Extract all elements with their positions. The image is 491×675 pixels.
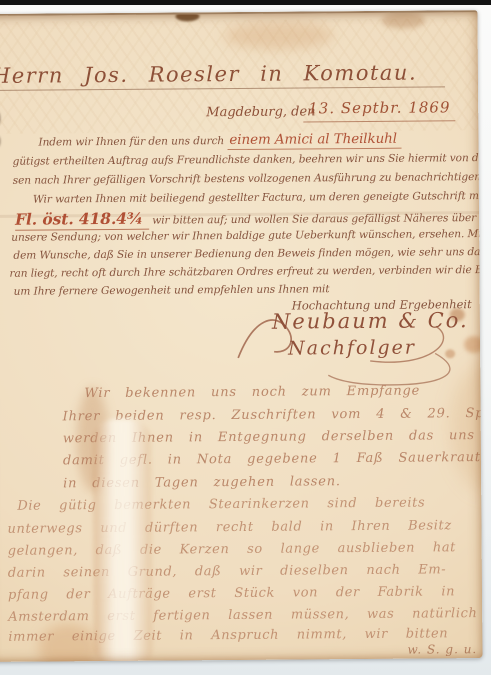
inserted-text: einem Amici al Theilkuhl <box>227 131 401 150</box>
postscript-line: gelangen, daß die Kerzen so lange ausbli… <box>8 540 456 559</box>
signature-name: Neubaum & Co. <box>272 308 469 334</box>
scanner-edge-bar <box>0 0 491 5</box>
line-text: wir bitten auf; und wollen Sie daraus ge… <box>152 212 476 227</box>
amount-inserted: Fl. öst. 418.4¾ <box>15 209 149 231</box>
dateline-place: Magdeburg, den <box>206 104 315 120</box>
signature-suffix: Nachfolger <box>288 337 416 360</box>
postscript-line: darin seinen Grund, daß wir dieselben na… <box>8 562 447 580</box>
postscript-line: Ihrer beiden resp. Zuschriften vom 4 & 2… <box>63 406 483 425</box>
letter-line: ran liegt, recht oft durch Ihre schätzba… <box>9 264 482 280</box>
letter-line: um Ihre fernere Gewogenheit und empfehle… <box>14 283 330 297</box>
turn-over-note: w. S. g. u. <box>407 642 477 657</box>
postscript-line: unterwegs und dürften recht bald in Ihre… <box>7 518 451 536</box>
letter-line: Wir warten Ihnen mit beiliegend gestellt… <box>33 190 483 206</box>
postscript-line: damit gefl. in Nota gegebene 1 Faß Sauer… <box>63 450 481 468</box>
recipient-line: Herrn Jos. Roesler in Komotau. <box>0 61 417 88</box>
letter-line: unsere Sendung; von welcher wir Ihnen ba… <box>11 228 482 244</box>
postscript-line: in diesen Tagen zugehen lassen. <box>63 474 341 491</box>
letter-line: sen nach Ihrer gefälligen Vorschrift bes… <box>13 171 483 187</box>
line-text: Indem wir Ihnen für den uns durch <box>38 135 224 148</box>
postscript-line: werden Ihnen in Entgegnung derselben das… <box>63 428 475 446</box>
left-edge-tear <box>0 136 1 147</box>
letter-paper: Herrn Jos. Roesler in Komotau. Magdeburg… <box>0 10 483 662</box>
postscript-line: Die gütig bemerkten Stearinkerzen sind b… <box>17 495 425 513</box>
letter-line: Indem wir Ihnen für den uns durch einem … <box>38 131 401 150</box>
postscript-line: pfang der Aufträge erst Stück von der Fa… <box>8 584 455 603</box>
postscript-line: Amsterdam erst fertigen lassen müssen, w… <box>8 606 477 625</box>
letter-line: gütigst ertheilten Auftrag aufs Freundli… <box>13 152 483 168</box>
scanned-letter-canvas: Herrn Jos. Roesler in Komotau. Magdeburg… <box>0 0 491 675</box>
postscript-line: immer einige Zeit in Anspruch nimmt, wir… <box>8 626 448 644</box>
letter-line: dem Wunsche, daß Sie in unserer Bedienun… <box>13 246 482 262</box>
postscript-line: Wir bekennen uns noch zum Empfange <box>84 384 420 402</box>
dateline-date: 13. Septbr. 1869 <box>308 98 450 117</box>
letter-line: Fl. öst. 418.4¾ wir bitten auf; und woll… <box>15 206 476 229</box>
